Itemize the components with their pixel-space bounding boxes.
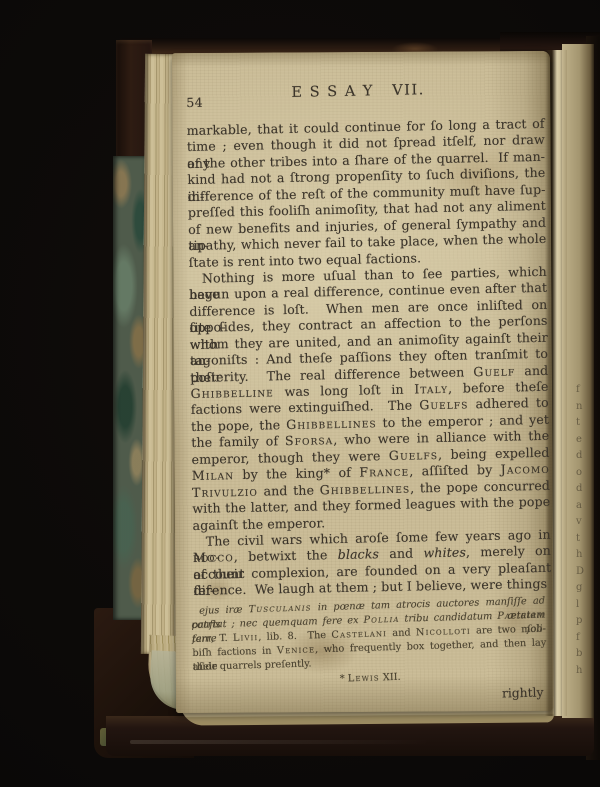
edge-text-fragment: d bbox=[576, 483, 582, 494]
edge-text-fragment: t bbox=[576, 417, 580, 428]
edge-text-fragment: v bbox=[576, 516, 582, 527]
edge-text-fragment: p bbox=[576, 615, 582, 626]
photo-backdrop: { "colors": { "backdrop": "#0b0908", "pa… bbox=[0, 0, 600, 787]
edge-text-fragment: D bbox=[576, 566, 584, 577]
edge-text-fragment: h bbox=[576, 549, 582, 560]
footnote-text: ejus iræ Tusculanis in pœnæ tam atrocis … bbox=[191, 594, 547, 674]
edge-text-fragment: a bbox=[576, 500, 582, 511]
edge-text-fragment: e bbox=[576, 434, 582, 445]
footnote: ejus iræ Tusculanis in pœnæ tam atrocis … bbox=[191, 594, 547, 689]
edge-text-fragment: g bbox=[576, 582, 582, 593]
page-text: 54 E S S A Y VII. markable, that it coul… bbox=[186, 77, 552, 600]
body-text: markable, that it could continue for ſo … bbox=[187, 116, 552, 600]
edge-text-fragment: h bbox=[576, 665, 582, 676]
edge-text-fragment: n bbox=[576, 401, 582, 412]
edge-text-fragment: f bbox=[576, 632, 580, 643]
edge-text-fragment: b bbox=[576, 648, 582, 659]
edge-text-fragment: o bbox=[576, 467, 582, 478]
catchword: rightly bbox=[502, 685, 544, 700]
running-head: E S S A Y VII. bbox=[186, 80, 530, 103]
edge-text-fragment: d bbox=[576, 450, 582, 461]
leather-scuff-highlight bbox=[130, 740, 430, 744]
edge-text-fragment: f bbox=[576, 384, 580, 395]
edge-text-fragment: l bbox=[576, 599, 579, 610]
edge-text-fragment: t bbox=[576, 533, 580, 544]
running-head-row: 54 E S S A Y VII. bbox=[186, 77, 545, 123]
